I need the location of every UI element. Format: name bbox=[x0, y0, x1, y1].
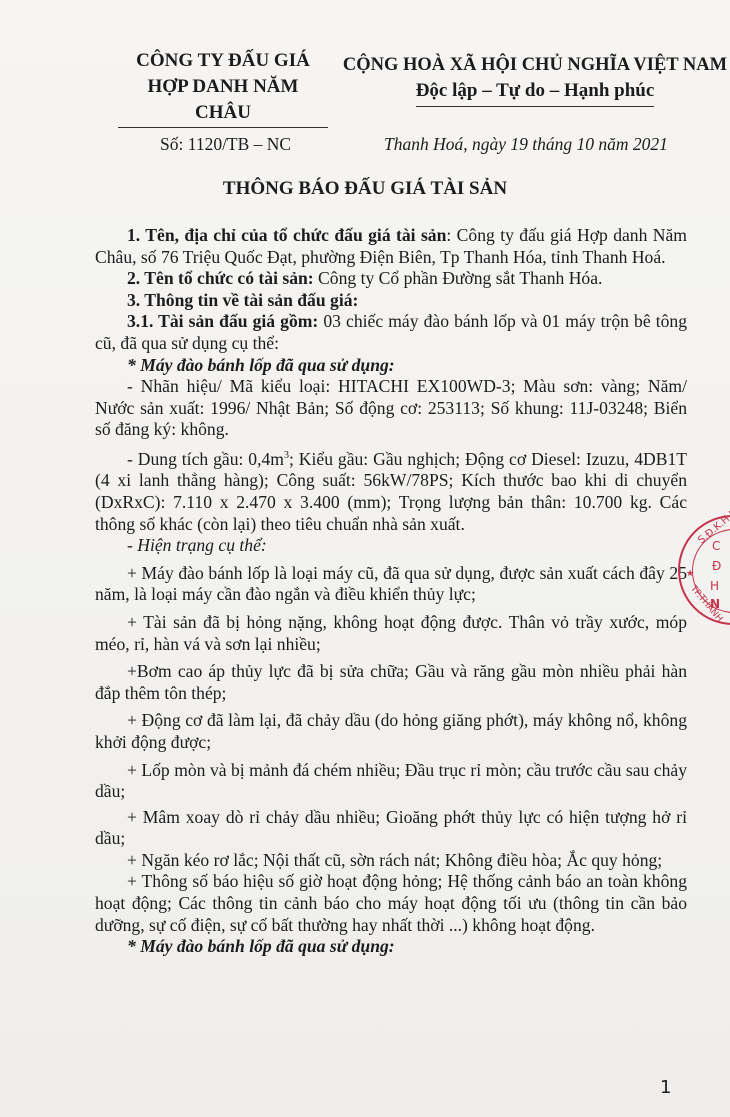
document-body: 1. Tên, địa chỉ của tổ chức đấu giá tài … bbox=[95, 225, 687, 958]
place-date: Thanh Hoá, ngày 19 tháng 10 năm 2021 bbox=[384, 134, 668, 155]
section-1-label: 1. Tên, địa chỉ của tổ chức đấu giá tài … bbox=[127, 225, 446, 245]
org-name-line2: HỢP DANH NĂM CHÂU bbox=[118, 74, 328, 128]
section-2-text: Công ty Cổ phần Đường sắt Thanh Hóa. bbox=[314, 268, 603, 288]
condition-item: + Ngăn kéo rơ lắc; Nội thất cũ, sờn rách… bbox=[95, 850, 687, 872]
condition-heading: - Hiện trạng cụ thể: bbox=[95, 535, 687, 557]
condition-item: + Thông số báo hiệu số giờ hoạt động hỏn… bbox=[95, 871, 687, 936]
nation-name: CỘNG HOÀ XÃ HỘI CHỦ NGHĨA VIỆT NAM bbox=[330, 52, 730, 78]
organization-header: CÔNG TY ĐẤU GIÁ HỢP DANH NĂM CHÂU bbox=[118, 48, 328, 128]
section-2-label: 2. Tên tổ chức có tài sản: bbox=[127, 268, 314, 288]
condition-item: + Động cơ đã làm lại, đã chảy dầu (do hỏ… bbox=[95, 710, 687, 753]
section-3: 3. Thông tin về tài sản đấu giá: bbox=[95, 290, 687, 312]
spec-paragraph-2: - Dung tích gầu: 0,4m3; Kiểu gầu: Gầu ng… bbox=[95, 445, 687, 535]
condition-item: + Mâm xoay dò rỉ chảy dầu nhiều; Gioăng … bbox=[95, 807, 687, 850]
condition-item: + Lốp mòn và bị mảnh đá chém nhiều; Đầu … bbox=[95, 760, 687, 803]
document-page: CÔNG TY ĐẤU GIÁ HỢP DANH NĂM CHÂU CỘNG H… bbox=[0, 0, 730, 1117]
national-header: CỘNG HOÀ XÃ HỘI CHỦ NGHĨA VIỆT NAM Độc l… bbox=[330, 52, 730, 107]
condition-item: + Máy đào bánh lốp là loại máy cũ, đã qu… bbox=[95, 563, 687, 606]
section-2: 2. Tên tổ chức có tài sản: Công ty Cổ ph… bbox=[95, 268, 687, 290]
page-number: 1 bbox=[660, 1077, 671, 1098]
section-3-1: 3.1. Tài sản đấu giá gồm: 03 chiếc máy đ… bbox=[95, 311, 687, 354]
spec-2-start: - Dung tích gầu: 0,4m bbox=[127, 449, 284, 469]
condition-item: +Bơm cao áp thủy lực đã bị sửa chữa; Gầu… bbox=[95, 661, 687, 704]
stamp-line: H bbox=[710, 579, 719, 593]
stamp-line: Đ bbox=[712, 559, 721, 573]
document-number: Số: 1120/TB – NC bbox=[160, 134, 291, 155]
stamp-line: C bbox=[712, 539, 720, 553]
machine-1-heading: * Máy đào bánh lốp đã qua sử dụng: bbox=[95, 355, 687, 377]
star-icon: ★ bbox=[686, 569, 694, 579]
section-1: 1. Tên, địa chỉ của tổ chức đấu giá tài … bbox=[95, 225, 687, 268]
section-3-1-label: 3.1. Tài sản đấu giá gồm: bbox=[127, 311, 318, 331]
section-3-label: 3. Thông tin về tài sản đấu giá: bbox=[127, 290, 358, 310]
machine-2-heading: * Máy đào bánh lốp đã qua sử dụng: bbox=[95, 936, 687, 958]
document-title: THÔNG BÁO ĐẤU GIÁ TÀI SẢN bbox=[0, 178, 730, 200]
condition-item: + Tài sản đã bị hỏng nặng, không hoạt độ… bbox=[95, 612, 687, 655]
national-motto: Độc lập – Tự do – Hạnh phúc bbox=[416, 78, 655, 107]
org-name-line1: CÔNG TY ĐẤU GIÁ bbox=[118, 48, 328, 74]
spec-paragraph-1: - Nhãn hiệu/ Mã kiểu loại: HITACHI EX100… bbox=[95, 376, 687, 441]
